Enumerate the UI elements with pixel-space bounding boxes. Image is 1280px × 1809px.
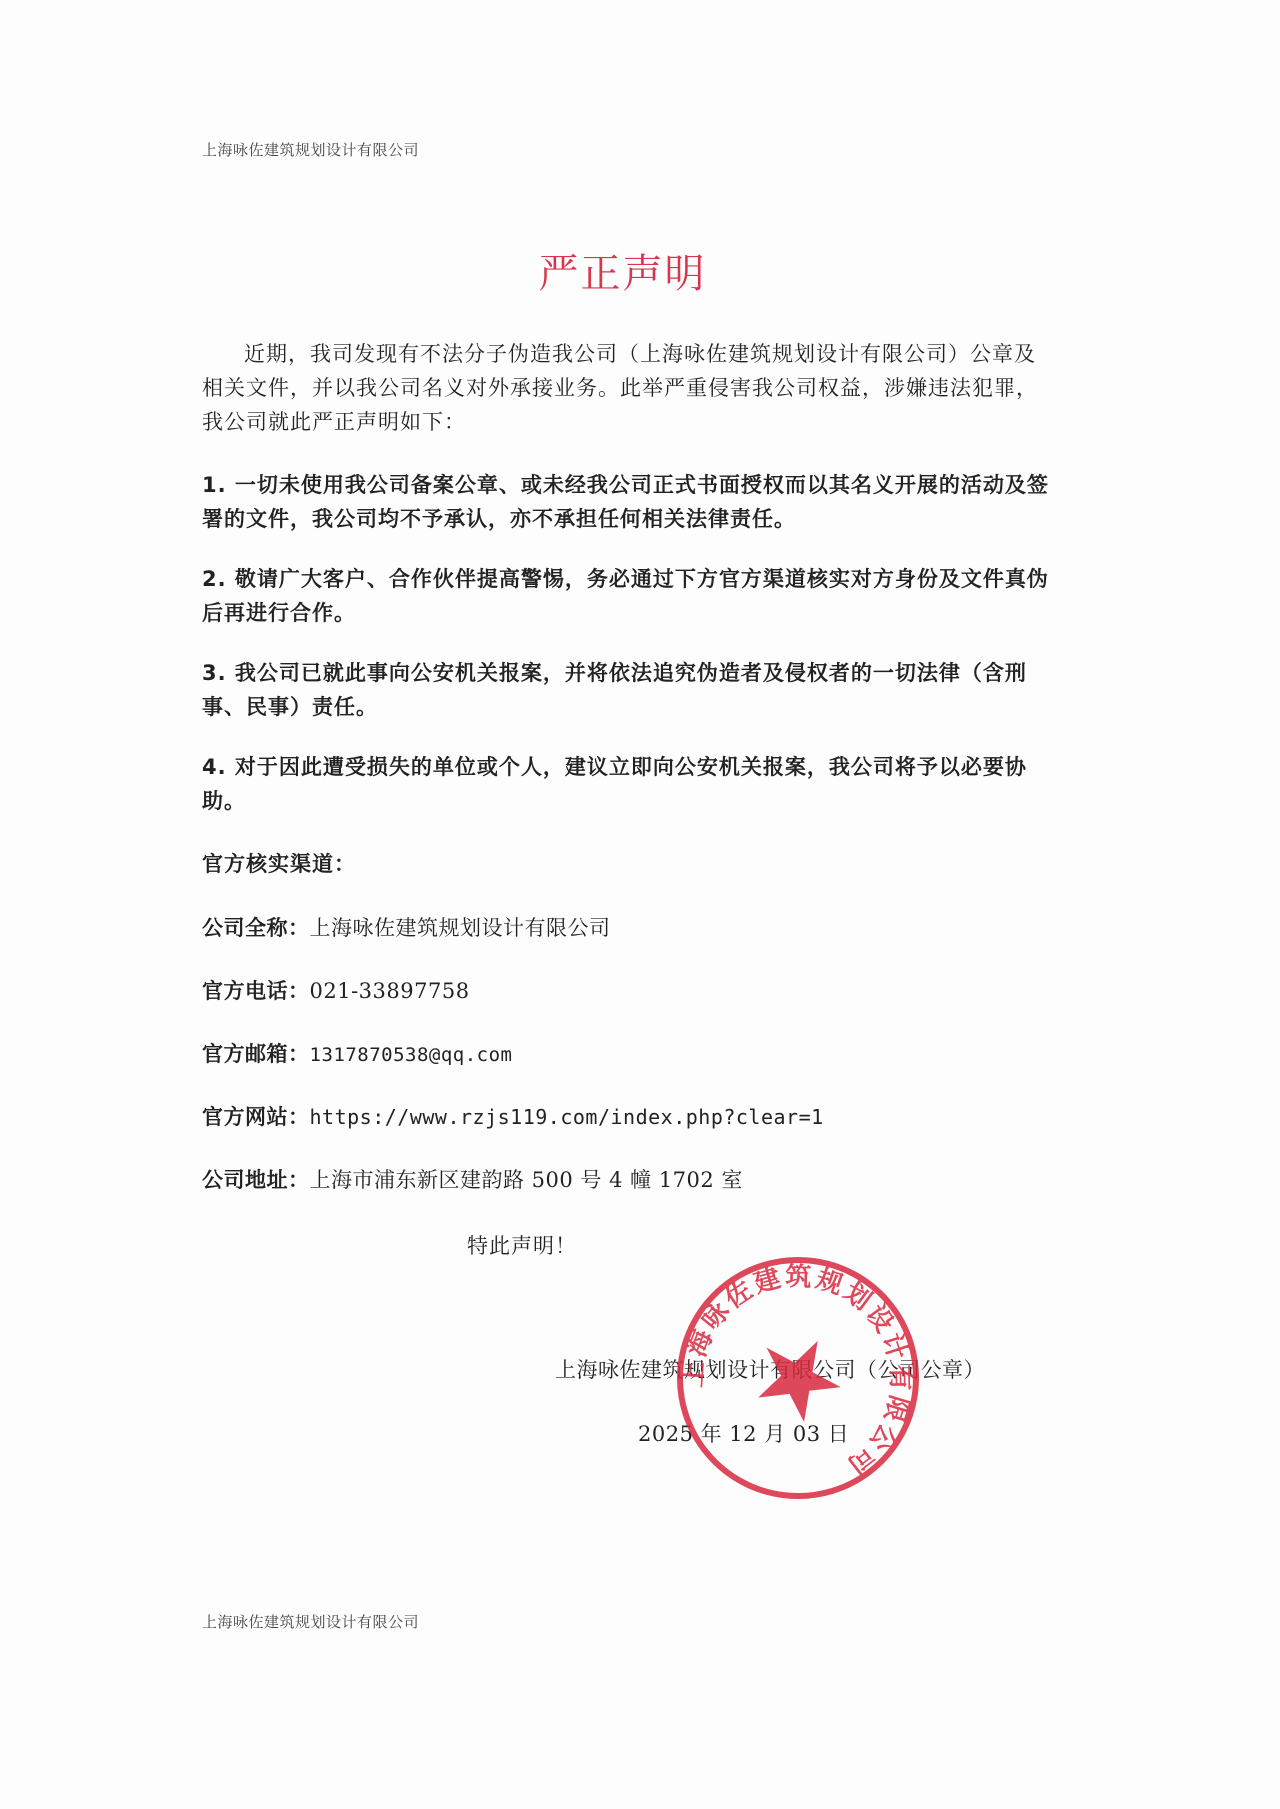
page-footer-company: 上海咏佐建筑规划设计有限公司 [202,1611,419,1632]
document-title: 严正声明 [0,242,1245,299]
field-label: 官方电话： [202,979,310,1003]
field-label: 官方网站： [202,1105,310,1129]
field-address: 公司地址：上海市浦东新区建韵路 500 号 4 幢 1702 室 [202,1164,743,1194]
field-label: 公司地址： [202,1168,310,1192]
statement-item-2: 2. 敬请广大客户、合作伙伴提高警惕，务必通过下方官方渠道核实对方身份及文件真伪… [202,562,1054,630]
statement-item-1: 1. 一切未使用我公司备案公章、或未经我公司正式书面授权而以其名义开展的活动及签… [202,468,1054,536]
field-label: 官方邮箱： [202,1042,310,1066]
field-company-name: 公司全称：上海咏佐建筑规划设计有限公司 [202,912,611,942]
seal-icon: 上海咏佐建筑规划设计有限公司 [668,1248,928,1508]
closing-text: 特此声明！ [467,1230,577,1260]
page-header-company: 上海咏佐建筑规划设计有限公司 [202,139,419,160]
field-value: 上海咏佐建筑规划设计有限公司 [310,916,611,940]
field-label: 公司全称： [202,916,310,940]
field-value: 1317870538@qq.com [310,1044,513,1066]
statement-item-4: 4. 对于因此遭受损失的单位或个人，建议立即向公安机关报案，我公司将予以必要协助… [202,750,1054,818]
field-phone: 官方电话：021-33897758 [202,975,470,1005]
company-seal: 上海咏佐建筑规划设计有限公司 [668,1248,928,1508]
field-value: https://www.rzjs119.com/index.php?clear=… [310,1105,824,1129]
field-value: 上海市浦东新区建韵路 500 号 4 幢 1702 室 [310,1168,743,1192]
field-value: 021-33897758 [310,979,470,1003]
statement-item-3: 3. 我公司已就此事向公安机关报案，并将依法追究伪造者及侵权者的一切法律（含刑事… [202,656,1054,724]
star-icon [744,1321,855,1429]
channels-heading: 官方核实渠道： [202,847,1054,881]
intro-paragraph: 近期，我司发现有不法分子伪造我公司（上海咏佐建筑规划设计有限公司）公章及相关文件… [202,337,1054,439]
field-website: 官方网站：https://www.rzjs119.com/index.php?c… [202,1101,824,1131]
field-email: 官方邮箱：1317870538@qq.com [202,1038,512,1068]
